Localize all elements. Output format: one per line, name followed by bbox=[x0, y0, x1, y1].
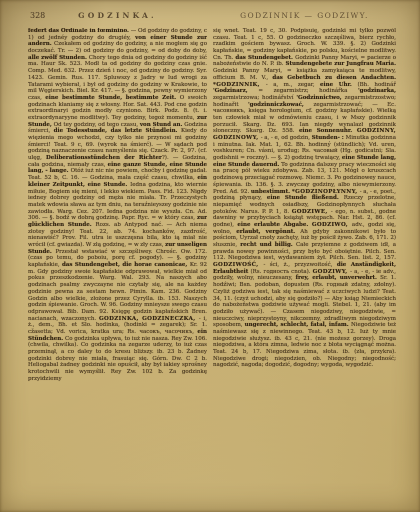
text-segment: Czekałem od godziny do godziny, a nie mo… bbox=[28, 41, 207, 54]
german-gloss: eine Stunde fließend. bbox=[267, 195, 344, 201]
german-gloss: alle zwölf Stunden. bbox=[28, 55, 89, 61]
text-segment: - a, m., zegar, bbox=[266, 82, 320, 88]
dictionary-page: 328 GODZINKA. GODZINNIK — GODZIWY. feder… bbox=[0, 0, 420, 512]
german-gloss: recht und billig. bbox=[240, 242, 296, 248]
german-gloss: Deliberationsstündchen der Richter bbox=[46, 155, 162, 161]
german-gloss: eine erlaubte Abgabe. bbox=[237, 222, 311, 228]
german-gloss: Stunden- : bbox=[312, 135, 346, 141]
text-segment: Od tey godziny, od tego czasu, bbox=[54, 122, 140, 128]
german-gloss: federt das Ordinale in fœminino. bbox=[28, 28, 131, 34]
running-title-left-text: GODZINKA. bbox=[78, 11, 157, 20]
entry-headword: GODZIWE, bbox=[292, 209, 331, 215]
entry-headword: GODZIWO, bbox=[312, 222, 352, 228]
text-segment: Niegodziwie też naśmiewasz się z niewinn… bbox=[213, 322, 396, 368]
running-title-right: GODZINNIK — GODZIWY. bbox=[213, 11, 396, 20]
text-segment: - a, - e, od godzin, bbox=[261, 135, 312, 141]
text-segment: - ści, ż., przyzwoitość, bbox=[263, 262, 336, 268]
entry-headword: *GODZINOPŁYNNY, bbox=[292, 189, 360, 195]
german-gloss: 'godzinarka, bbox=[358, 88, 396, 94]
text-segment: = zegarmistrz; hodinářka bbox=[258, 88, 358, 94]
german-gloss: eine Sonnenuhr. bbox=[299, 128, 357, 134]
german-gloss: das Gebetbuch zu diesen Andachten. bbox=[272, 75, 396, 81]
text-segment: Kr. 92 m. Gdy godziny swoie kapłańskie o… bbox=[28, 262, 207, 322]
german-gloss: das Stundengebet. bbox=[235, 55, 295, 61]
german-gloss: die Todesstunde, das letzte Stündlein. bbox=[54, 128, 181, 134]
german-gloss: Stundengebete zur Jungfrau Maria. bbox=[286, 61, 397, 67]
german-gloss: unbestimmt. bbox=[251, 189, 292, 195]
german-gloss: 'Godzinnictwo, bbox=[296, 95, 344, 101]
german-gloss: ungerecht, schlecht, fatal, infam. bbox=[245, 322, 351, 328]
german-gloss: 'godzinniczkować, bbox=[248, 102, 313, 108]
german-gloss: eine bestimmte Stunde, bestimmte Zeit. bbox=[45, 95, 180, 101]
german-gloss: erlaubt, vergönnt. bbox=[236, 229, 300, 235]
text-segment: Iedna godzina, kto wiernie miłuie, Bogie… bbox=[28, 182, 207, 221]
text-segment: Sr. 1. hodźiwi; Bsn. podoban, dopusten (… bbox=[213, 275, 396, 328]
text-column-left: federt das Ordinale in fœminino. — Od go… bbox=[28, 28, 207, 469]
german-gloss: frey, erlaubt, unverwehrt. bbox=[296, 275, 381, 281]
entry-headword: GODZINKA, GODZINECZKA, bbox=[99, 316, 199, 322]
german-gloss: 'Godzinarz, bbox=[213, 88, 258, 94]
entry-headword: GODZIWOŚĆ, bbox=[213, 262, 263, 268]
page-header: 328 GODZINKA. GODZINNIK — GODZIWY. bbox=[0, 11, 420, 25]
running-title-right-text: GODZINNIK — GODZIWY. bbox=[240, 11, 369, 20]
german-gloss: von Stund an. bbox=[140, 122, 184, 128]
running-title-left: GODZINKA. bbox=[28, 11, 207, 20]
german-gloss: das Stundengebet, die horae canonicae, bbox=[62, 262, 190, 268]
text-segment: Co godzinka upływa, to iuż nie nasza. Re… bbox=[28, 336, 207, 382]
text-segment: zegarmistrzowa; hodinářství bbox=[213, 95, 296, 101]
text-segment: (Bh. hodinář bbox=[357, 82, 396, 88]
german-gloss: eine Uhr. bbox=[320, 82, 357, 88]
text-segment: (Rs. годность cnota). bbox=[251, 269, 313, 275]
entry-headword: GODZIWY, bbox=[313, 269, 351, 275]
entry-headword: *GODZINNIK, bbox=[213, 82, 266, 88]
text-column-right: się wnet. Teat. 19 c, 30. Podpisuię, god… bbox=[213, 28, 396, 469]
